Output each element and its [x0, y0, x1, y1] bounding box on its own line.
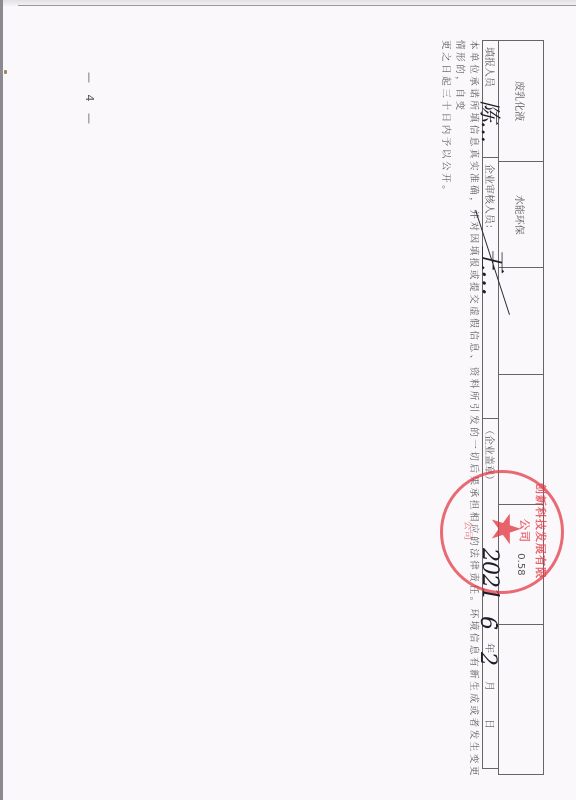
rotated-document-page: 废乳化液 水能环保 0.58 填报人员 企业审核人员： （企业盖章） 年 月 日…	[0, 0, 576, 800]
table-row: 废乳化液 水能环保 0.58	[498, 40, 544, 775]
page-number: — 4 —	[83, 72, 96, 128]
company-seal: 创新科技发展有限公司 ★ 公司	[440, 470, 564, 594]
commitment-line-1: 本单位承诺所填信息真实准确，并对因填报或提交虚假信息、资料所引发的一切后果承担相…	[452, 40, 480, 785]
filler-label: 填报人员	[483, 47, 498, 87]
handwritten-month: 6	[475, 616, 500, 629]
cell-empty	[498, 625, 544, 775]
reviewer-label: 企业审核人员：	[483, 164, 498, 234]
commitment-statement: 本单位承诺所填信息真实准确，并对因填报或提交虚假信息、资料所引发的一切后果承担相…	[438, 40, 480, 785]
commitment-line-2: 更之日起三十日内予以公开。	[438, 40, 452, 785]
handwritten-day: 2	[475, 652, 500, 665]
month-label: 月	[483, 681, 498, 691]
day-label: 日	[483, 719, 498, 729]
filler-signature: 陈…	[475, 100, 506, 142]
star-icon: ★	[485, 511, 525, 547]
seal-bottom-text: 公司	[462, 501, 475, 561]
